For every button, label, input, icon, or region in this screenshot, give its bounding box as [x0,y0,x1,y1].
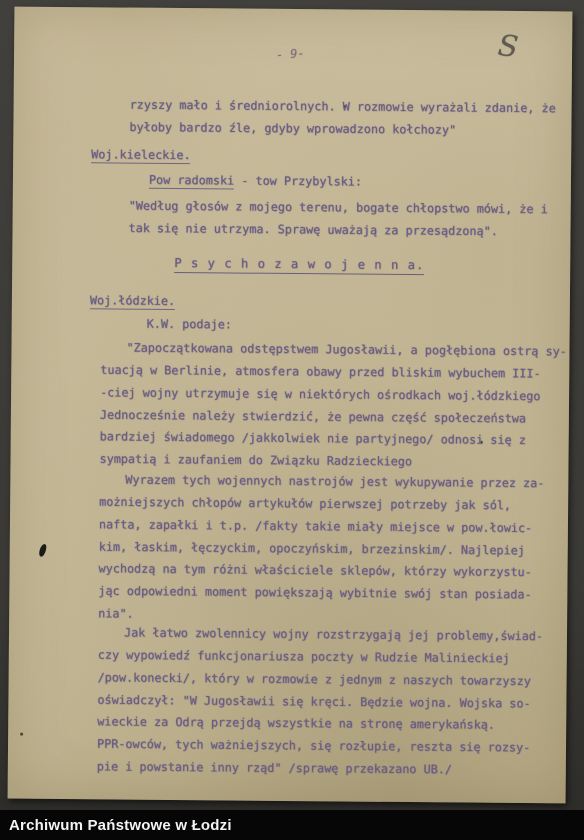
kieleckie-quote: "Według głosów z mojego terenu, bogate c… [128,195,547,243]
typed-line: kim, łaskim, łęczyckim, opoczyńskim, brz… [99,536,544,562]
typed-line: /pow.konecki/, który w rozmowie z jednym… [98,666,543,692]
typed-line: nafta, zapałki i t.p. /fakty takie miały… [99,513,544,539]
typed-line: pie i powstanie inny rząd" /sprawę przek… [97,755,542,781]
typed-line: "Według głosów z mojego terenu, bogate c… [129,195,548,221]
archive-watermark-bar: Archiwum Państwowe w Łodzi [0,810,584,840]
report-source-line: Pow radomski - tow Przybylski: [149,173,362,189]
typed-line: PPR-owców, tych ważniejszych, się rozłup… [97,733,542,759]
paper-speck [344,105,346,107]
typed-line: oświadczył: "W Jugosławii się kręci. Będ… [97,689,542,715]
archive-watermark-label: Archiwum Państwowe w Łodzi [0,817,232,834]
section-header-lodzkie: Woj.łódzkie. [90,293,175,308]
report-source-rest: - tow Przybylski: [234,174,362,189]
scan-background: - 9- S rzyszy mało i średniorolnych. W r… [0,0,584,840]
typed-line: tak się nie utrzyma. Sprawę uważają za p… [128,217,547,243]
chapter-heading: P s y c h o z a w o j e n n a. [174,256,424,275]
section-header-kieleckie: Woj.kieleckie. [91,147,191,162]
typed-line: możniejszych chłopów artykułów pierwszej… [99,491,544,517]
page-number: - 9- [276,46,305,62]
section-header-label: Woj.kieleckie. [91,147,191,164]
paper-speck [20,733,23,736]
ink-blot [38,543,47,557]
typed-line: wychodzą na tym różni właściciele sklepó… [98,558,543,584]
paragraph-2: Wyrazem tych wojennych nastrojów jest wy… [98,468,544,628]
typed-line: Jak łatwo zwolennicy wojny rozstrzygają … [98,621,543,647]
paragraph-3: Jak łatwo zwolennicy wojny rozstrzygają … [97,621,543,781]
paper-speck [481,441,483,444]
document-page: - 9- S rzyszy mało i średniorolnych. W r… [8,7,573,804]
section-header-label: Woj.łódzkie. [90,293,175,310]
typed-line: Jednocześnie należy stwierdzić, że pewna… [100,404,567,430]
paragraph-1: "Zapoczątkowana odstępstwem Jugosławii, … [99,336,567,474]
intro-paragraph: rzyszy mało i średniorolnych. W rozmowie… [129,94,556,142]
typed-line: Wyrazem tych wojennych nastrojów jest wy… [99,468,544,494]
kw-source-line: K.W. podaje: [147,317,232,332]
pencil-folio-mark: S [496,28,520,64]
typed-line: czy wypowiedź funkcjonariusza poczty w R… [98,644,543,670]
typed-line: byłoby bardzo źle, gdyby wprowadzono koł… [129,116,555,142]
typed-line: wieckie za Odrą przejdą wszystkie na str… [97,711,542,737]
typed-line: tuacją w Berlinie, atmosfera obawy przed… [100,359,567,385]
typed-line: jąc odpowiedni moment powiększają wybitn… [98,580,543,606]
report-source-underlined: Pow radomski [149,173,234,190]
